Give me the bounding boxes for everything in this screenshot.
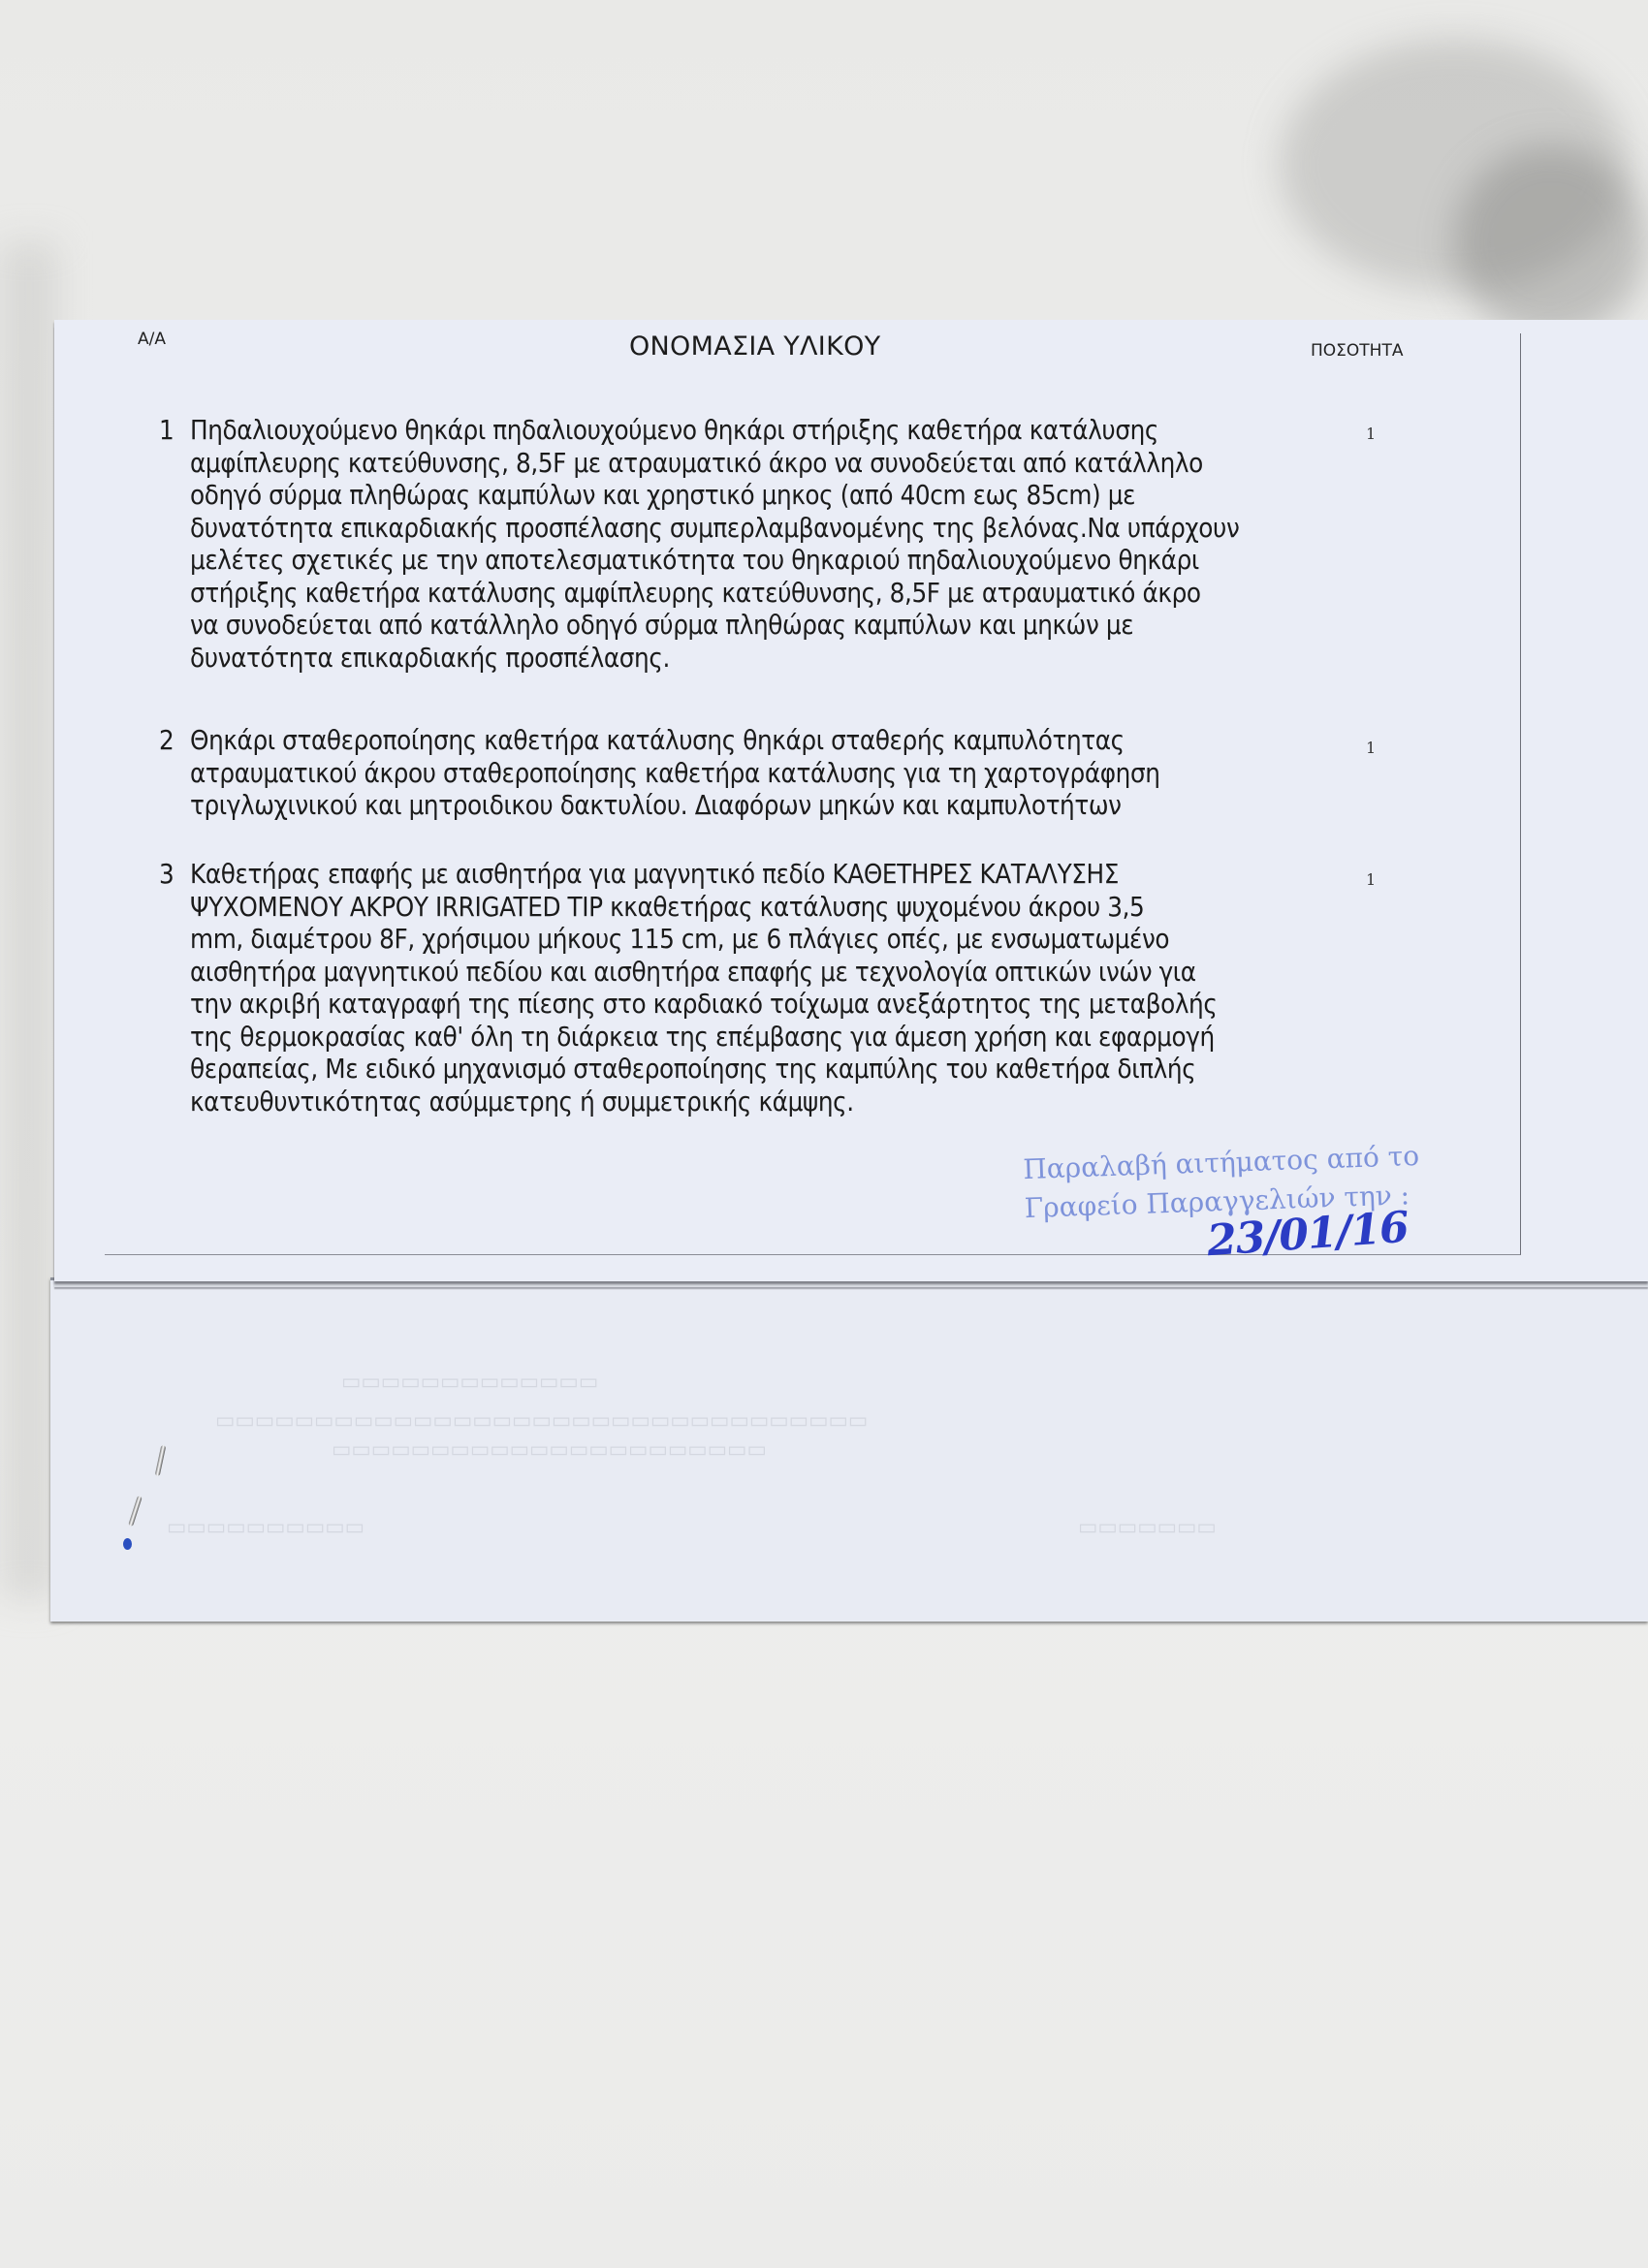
item-number: 2 [159,725,182,758]
description-line: της θερμοκρασίας καθ' όλη τη διάρκεια τη… [190,1022,1217,1055]
staple [128,1496,143,1527]
item-description: Καθετήρας επαφής με αισθητήρα για μαγνητ… [190,859,1217,1118]
description-line: ατραυματικού άκρου σταθεροποίησης καθετή… [190,758,1160,791]
description-line: θεραπείας, Με ειδικό μηχανισμό σταθεροπο… [190,1054,1217,1087]
scan-smudge [1454,145,1648,339]
item-quantity: 1 [1366,870,1376,889]
show-through-text: ▭▭▭▭▭▭▭ [1078,1513,1217,1540]
description-line: δυνατότητα επικαρδιακής προσπέλασης συμπ… [190,513,1239,546]
header-quantity: ΠΟΣΟΤΗΤΑ [1311,341,1403,361]
item-number: 1 [159,415,182,448]
description-line: Θηκάρι σταθεροποίησης καθετήρα κατάλυσης… [190,725,1160,758]
item-description: Πηδαλιουχούμενο θηκάρι πηδαλιουχούμενο θ… [190,415,1239,675]
show-through-text: ▭▭▭▭▭▭▭▭▭▭ [167,1513,364,1540]
description-line: αισθητήρα μαγνητικού πεδίου και αισθητήρ… [190,957,1217,990]
description-line: μελέτες σχετικές με την αποτελεσματικότη… [190,545,1239,578]
description-line: στήριξης καθετήρα κατάλυσης αμφίπλευρης … [190,578,1239,611]
description-line: αμφίπλευρης κατεύθυνσης, 8,5F με ατραυμα… [190,448,1239,481]
scan-shadow [0,242,58,1599]
item-quantity: 1 [1366,739,1376,757]
staple [155,1445,167,1476]
description-line: Πηδαλιουχούμενο θηκάρι πηδαλιουχούμενο θ… [190,415,1239,448]
description-line: Καθετήρας επαφής με αισθητήρα για μαγνητ… [190,859,1217,892]
show-through-text: ▭▭▭▭▭▭▭▭▭▭▭▭▭ [341,1368,598,1395]
description-line: δυνατότητα επικαρδιακής προσπέλασης. [190,643,1239,676]
description-line: οδηγό σύρμα πληθώρας καμπύλων και χρηστι… [190,480,1239,513]
item-quantity: 1 [1366,425,1376,443]
underlying-sheet: ▭▭▭▭▭▭▭▭▭▭▭▭▭ ▭▭▭▭▭▭▭▭▭▭▭▭▭▭▭▭▭▭▭▭▭▭▭▭▭▭… [50,1277,1648,1622]
show-through-text: ▭▭▭▭▭▭▭▭▭▭▭▭▭▭▭▭▭▭▭▭▭▭▭▭▭▭▭▭▭▭▭▭▭ [215,1406,868,1433]
show-through-text: ▭▭▭▭▭▭▭▭▭▭▭▭▭▭▭▭▭▭▭▭▭▭ [332,1435,767,1463]
header-index: Α/Α [138,330,166,349]
description-line: ΨΥΧΟΜΕΝΟΥ ΑΚΡΟΥ IRRIGATED TIP κκαθετήρας… [190,892,1217,925]
description-line: την ακριβή καταγραφή της πίεσης στο καρδ… [190,989,1217,1022]
header-material-name: ΟΝΟΜΑΣΙΑ ΥΛΙΚΟΥ [629,331,880,362]
description-line: κατευθυντικότητας ασύμμετρης ή συμμετρικ… [190,1087,1217,1119]
description-line: τριγλωχινικού και μητροιδικου δακτυλίου.… [190,790,1160,823]
description-line: mm, διαμέτρου 8F, χρήσιμου μήκους 115 cm… [190,924,1217,957]
item-description: Θηκάρι σταθεροποίησης καθετήρα κατάλυσης… [190,725,1160,823]
item-number: 3 [159,859,182,892]
ink-dot [123,1538,132,1550]
description-line: να συνοδεύεται από κατάλληλο οδηγό σύρμα… [190,610,1239,643]
